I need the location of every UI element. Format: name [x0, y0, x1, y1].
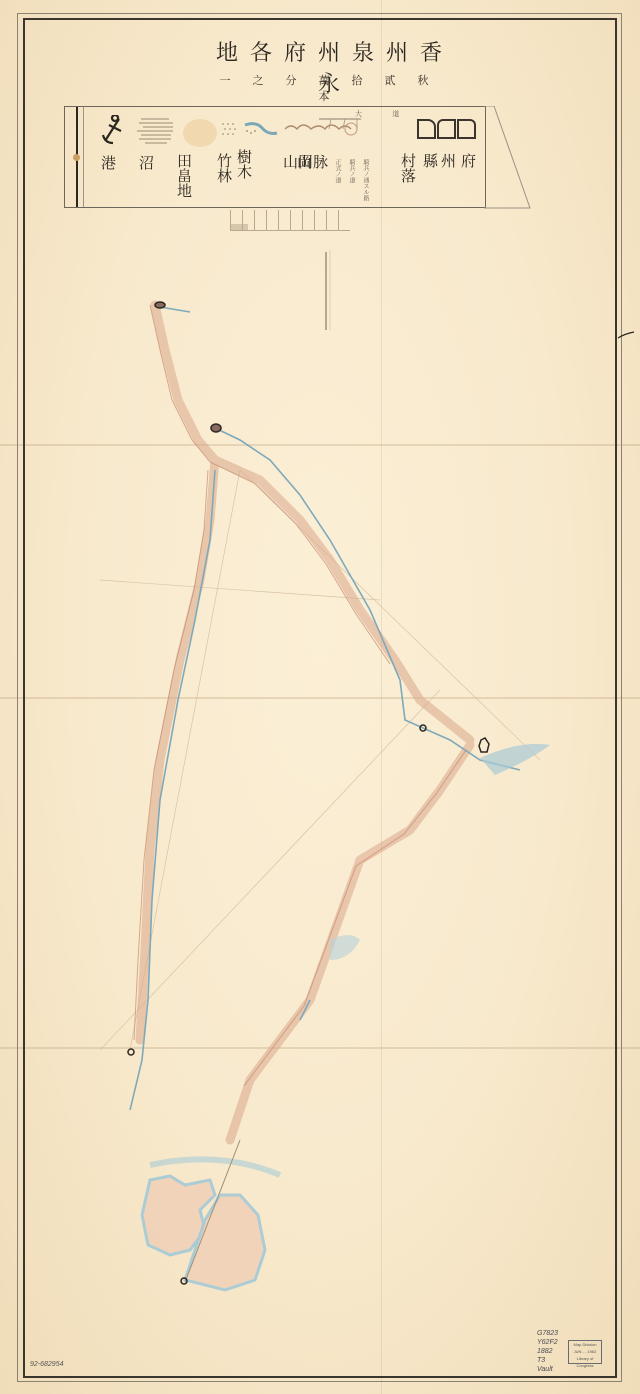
map-drawing: [0, 0, 640, 1394]
call-number: G7823 Y62F2 1882 T3 Vault: [537, 1329, 558, 1374]
library-stamp: Map Division JUN - - 1962 Library of Con…: [568, 1340, 602, 1364]
accession-number: 92-682954: [30, 1361, 63, 1368]
